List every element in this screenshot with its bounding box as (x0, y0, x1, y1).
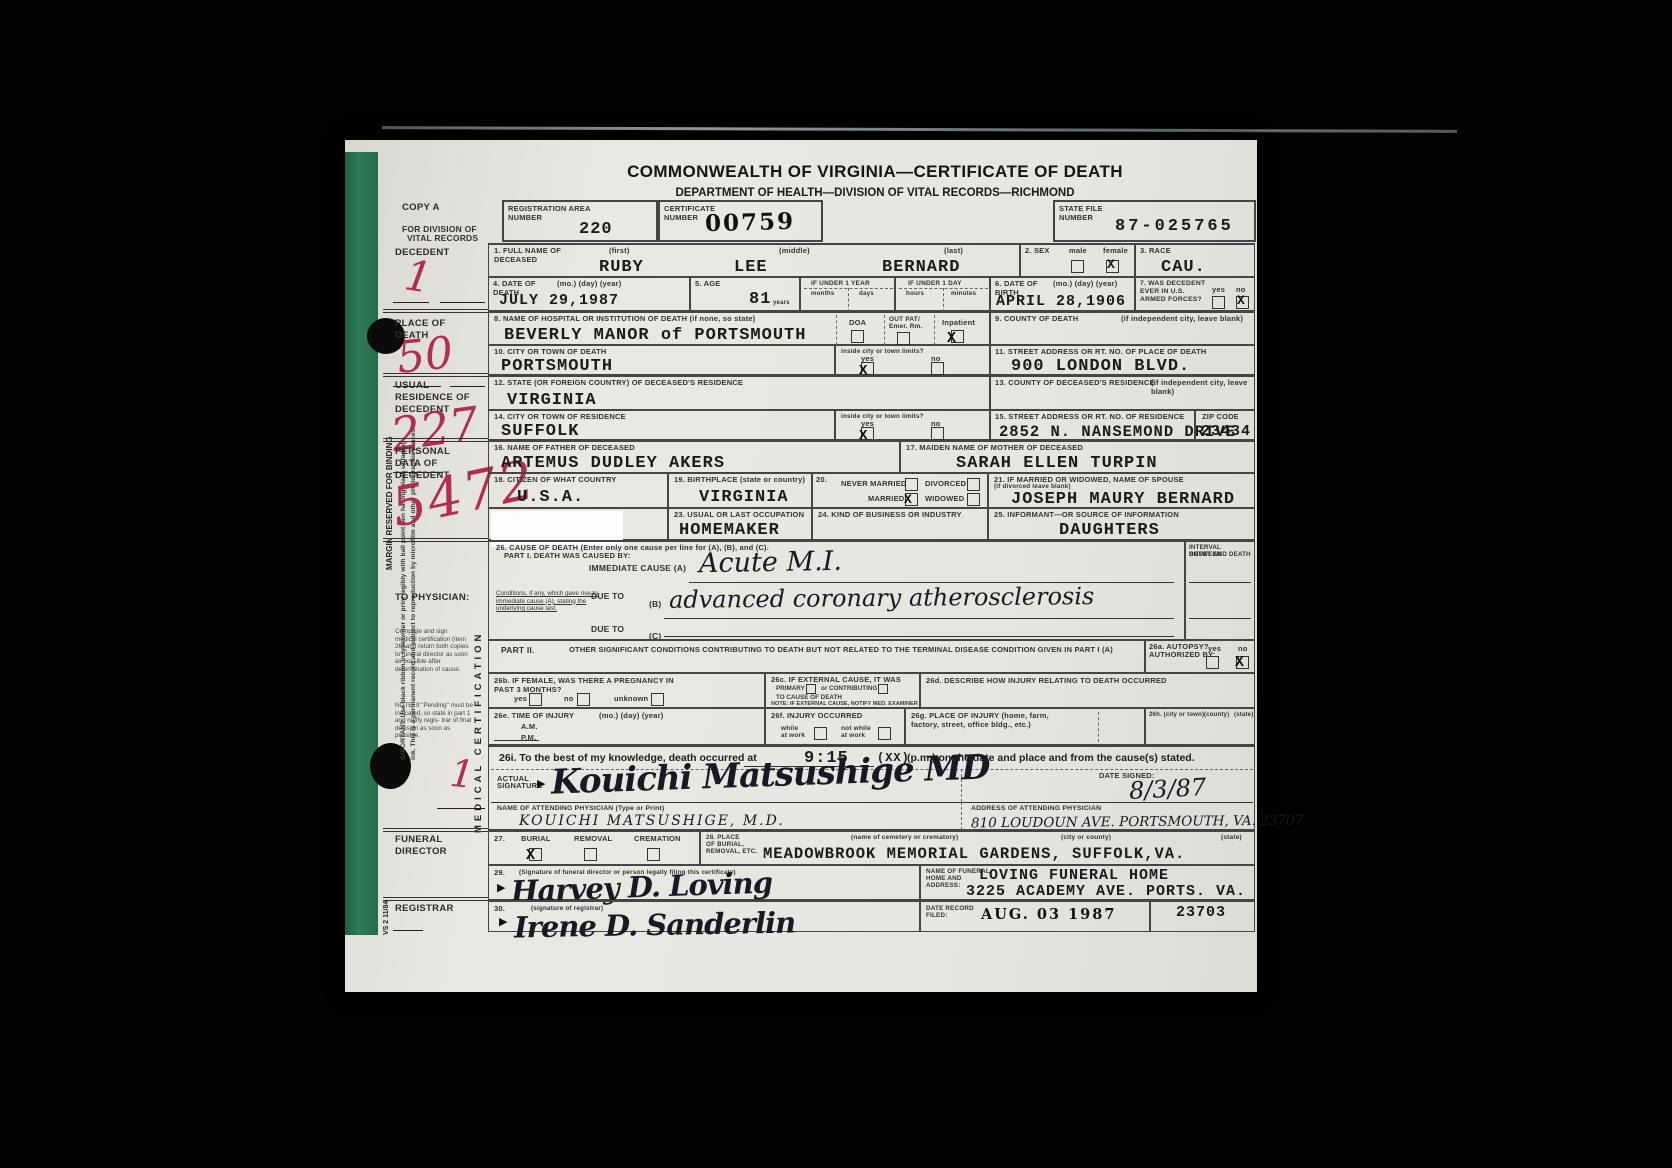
field-state-residence: 12. STATE (OR FOREIGN COUNTRY) OF DECEAS… (488, 375, 990, 410)
label: 26b. IF FEMALE, WAS THERE A PREGNANCY IN… (494, 677, 694, 694)
value: U.S.A. (517, 488, 584, 507)
widowed-checkbox (967, 493, 980, 506)
field-autopsy: 26a. AUTOPSY? AUTHORIZED BY: yes no X (1145, 640, 1255, 673)
cause-a-handwritten: Acute M.I. (699, 546, 842, 579)
certificate-number-stamp: 00759 (705, 208, 796, 237)
checkmark: X (1237, 293, 1245, 308)
male-checkbox (1071, 260, 1084, 273)
married-checkbox: X (905, 493, 918, 506)
checkmark: X (526, 847, 535, 864)
value: JOSEPH MAURY BERNARD (1011, 490, 1235, 509)
hours-label: hours (906, 290, 924, 297)
label: 13. COUNTY OF DECEASED'S RESIDENCE (995, 379, 1155, 388)
sub: (mo.) (day) (year) (1053, 280, 1117, 289)
label: 26d. DESCRIBE HOW INJURY RELATING TO DEA… (926, 677, 1167, 686)
value: CAU. (1161, 258, 1206, 277)
yes-checkbox: X (861, 362, 874, 375)
yes-checkbox (1206, 656, 1219, 669)
female-label: female (1103, 247, 1128, 256)
checkmark: X (1107, 257, 1115, 272)
field-injury-occurred: 26f. INJURY OCCURRED while at work not w… (765, 708, 905, 745)
label: ZIP CODE (1202, 413, 1239, 422)
divorced-checkbox (967, 478, 980, 491)
attending-physician-address-handwritten: 810 LOUDOUN AVE. PORTSMOUTH, VA. 23707 (971, 813, 1303, 832)
signature-pointer-icon: ▶ (497, 881, 505, 894)
field-if-under-1-year: IF UNDER 1 YEAR months days (800, 277, 895, 311)
field-cause-of-death: 26. CAUSE OF DEATH (Enter only one cause… (488, 540, 1185, 640)
widowed-label: WIDOWED (925, 495, 964, 504)
while-label-2: at work (781, 732, 805, 739)
primary-label: PRIMARY (776, 685, 805, 693)
label: 26f. INJURY OCCURRED (771, 712, 863, 721)
days-label: days (859, 290, 874, 297)
label: 10. CITY OR TOWN OF DEATH (494, 348, 607, 357)
field-funeral-director-signature: 29. (Signature of funeral director or pe… (488, 865, 920, 900)
state-file-number-box: STATE FILE NUMBER 87-025765 (1053, 200, 1256, 242)
sub-first: (first) (609, 247, 630, 256)
label: 17. MAIDEN NAME OF MOTHER OF DECEASED (906, 444, 1083, 453)
value: VIRGINIA (507, 391, 597, 410)
value: JULY 29,1987 (499, 292, 619, 309)
checkmark: X (1235, 654, 1244, 671)
burial-checkbox: X (529, 848, 542, 861)
label-3: REMOVAL, ETC. (706, 848, 757, 855)
value: MEADOWBROOK MEMORIAL GARDENS, SUFFOLK,VA… (763, 845, 1185, 863)
checkmark: X (904, 492, 912, 507)
filed-label-2: FILED: (926, 912, 948, 919)
date-signed-handwritten: 8/3/87 (1128, 773, 1207, 805)
registration-value: 220 (579, 220, 613, 239)
field-armed-forces: 7. WAS DECEDENT EVER IN U.S. ARMED FORCE… (1135, 277, 1255, 311)
city-county-sub-label: (city or county) (1061, 834, 1111, 841)
label: 24. KIND OF BUSINESS OR INDUSTRY (818, 511, 962, 520)
pending-note: NOTE: If "Pending" must be indicated, so… (395, 702, 473, 740)
conditions-note: Conditions, if any, which gave rise to i… (496, 590, 611, 613)
field-redacted (488, 508, 668, 540)
field-marital-status: 20. NEVER MARRIED DIVORCED MARRIED X WID… (812, 473, 988, 508)
no-checkbox: X (1236, 296, 1249, 309)
contributing-checkbox (878, 684, 888, 694)
field-interval-onset-death: INTERVAL BETWEEN ONSET AND DEATH (1185, 540, 1255, 640)
value: 23703 (1176, 904, 1226, 921)
hint: (if independent city, leave blank) (1151, 379, 1254, 396)
field-time-of-injury: 26e. TIME OF INJURY (mo.) (day) (year) A… (488, 708, 765, 745)
label: 12. STATE (OR FOREIGN COUNTRY) OF DECEAS… (494, 379, 743, 388)
value: APRIL 28,1906 (996, 293, 1126, 310)
section-label-registrar: REGISTRAR (395, 903, 454, 915)
value: 900 LONDON BLVD. (1011, 357, 1190, 376)
plastic-sleeve-edge (382, 126, 1457, 133)
field-father-name: 16. NAME OF FATHER OF DECEASED ARTEMUS D… (488, 440, 900, 473)
field-filed-number: 23703 (1150, 900, 1255, 932)
label: 8. NAME OF HOSPITAL OR INSTITUTION OF DE… (494, 315, 755, 324)
cemetery-sub-label: (name of cemetery or crematory) (851, 834, 958, 841)
field-birthplace: 19. BIRTHPLACE (state or country) VIRGIN… (668, 473, 812, 508)
no-checkbox: X (1236, 656, 1249, 669)
pm-label: P.M. (521, 734, 536, 743)
contributing-label: or CONTRIBUTING (821, 685, 877, 693)
due-to-c-label: DUE TO (591, 625, 624, 635)
copy-label: COPY A (402, 202, 440, 214)
no-label: no (1238, 645, 1248, 654)
field-citizen: 18. CITIZEN OF WHAT COUNTRY U.S.A. (488, 473, 668, 508)
label: IF UNDER 1 DAY (908, 280, 962, 287)
field-if-under-1-day: IF UNDER 1 DAY hours minutes (895, 277, 990, 311)
burial-label: BURIAL (521, 835, 551, 844)
sub-last: (last) (944, 247, 963, 256)
actual-signature-label-2: SIGNATURE (497, 782, 542, 791)
field-how-injury-occurred: 26d. DESCRIBE HOW INJURY RELATING TO DEA… (920, 673, 1255, 708)
label: 1. FULL NAME OF DECEASED (494, 247, 564, 264)
value-first: RUBY (599, 258, 644, 277)
field-funeral-home: NAME OF FUNERAL HOME AND ADDRESS: LOVING… (920, 865, 1255, 900)
to-physician-note: Complete and sign medical certification … (395, 628, 470, 673)
section-label-to-physician: TO PHYSICIAN: (395, 592, 475, 604)
field-full-name: 1. FULL NAME OF DECEASED (first) (middle… (488, 243, 1020, 277)
field-street-residence: 15. STREET ADDRESS OR RT. NO. OF RESIDEN… (990, 410, 1195, 440)
field-mother-maiden-name: 17. MAIDEN NAME OF MOTHER OF DECEASED SA… (900, 440, 1255, 473)
field-occupation: 23. USUAL OR LAST OCCUPATION HOMEMAKER (668, 508, 812, 540)
home-label-3: ADDRESS: (926, 882, 961, 889)
label: IF UNDER 1 YEAR (811, 280, 870, 287)
medical-certification-vertical-label: MEDICAL CERTIFICATION (473, 548, 484, 833)
removal-label: REMOVAL (574, 835, 612, 844)
section-label-funeral-director: FUNERAL DIRECTOR (395, 834, 465, 858)
no-checkbox (577, 693, 590, 706)
while-at-work-checkbox (814, 727, 827, 740)
label: 14. CITY OR TOWN OF RESIDENCE (494, 413, 626, 422)
field-part2: PART II. OTHER SIGNIFICANT CONDITIONS CO… (488, 640, 1145, 673)
field-spouse-name: 21. IF MARRIED OR WIDOWED, NAME OF SPOUS… (988, 473, 1255, 508)
value: SUFFOLK (501, 422, 579, 441)
signature-pointer-icon: ▶ (499, 915, 507, 928)
label: 9. COUNTY OF DEATH (995, 315, 1078, 324)
removal-checkbox (584, 848, 597, 861)
field-city-residence: 14. CITY OR TOWN OF RESIDENCE SUFFOLK (488, 410, 835, 440)
field-external-cause: 26c. IF EXTERNAL CAUSE, IT WAS PRIMARY o… (765, 673, 920, 708)
value: HOMEMAKER (679, 521, 780, 540)
certificate-subtitle: DEPARTMENT OF HEALTH—DIVISION OF VITAL R… (495, 187, 1255, 199)
interval-label-2: ONSET AND DEATH (1189, 551, 1251, 558)
yes-checkbox: X (861, 427, 874, 440)
yes-label: yes (1212, 286, 1225, 295)
inpatient-checkbox: X (951, 330, 964, 343)
label: 2. SEX (1025, 247, 1050, 256)
state-label: (state) (1234, 712, 1253, 719)
funeral-home-address: 3225 ACADEMY AVE. PORTS. VA. (966, 883, 1246, 900)
field-place-of-burial: 28. PLACE OF BURIAL, REMOVAL, ETC. (name… (700, 830, 1255, 865)
label: 29. (494, 869, 505, 878)
label: 19. BIRTHPLACE (state or country) (674, 476, 805, 485)
label: 3. RACE (1140, 247, 1171, 256)
date-filed-stamp: AUG. 03 1987 (981, 906, 1116, 923)
field-age: 5. AGE 81 years (690, 277, 800, 311)
field-injury-location: 26h. (city or town) (county) (state) (1145, 708, 1255, 745)
cremation-label: CREMATION (634, 835, 681, 844)
funeral-home-name: LOVING FUNERAL HOME (979, 867, 1169, 884)
field-city-of-death: 10. CITY OR TOWN OF DEATH PORTSMOUTH (488, 345, 835, 375)
field-county-residence: 13. COUNTY OF DECEASED'S RESIDENCE (if i… (990, 375, 1255, 410)
field-race: 3. RACE CAU. (1135, 243, 1255, 277)
red-annotation-physician: 1 (448, 751, 477, 797)
am-label: A.M. (521, 723, 538, 732)
b-label: (B) (649, 600, 661, 610)
doa-checkbox (851, 330, 864, 343)
label: 15. STREET ADDRESS OR RT. NO. OF RESIDEN… (995, 413, 1184, 422)
sub: (mo.) (day) (year) (599, 712, 663, 721)
label: 30. (494, 905, 505, 914)
limits-label: inside city or town limits? (841, 348, 924, 355)
unknown-label: unknown (614, 695, 648, 704)
doa-label: DOA (849, 319, 866, 328)
not-while-at-work-checkbox (878, 727, 891, 740)
label: 26g. PLACE OF INJURY (home, farm, factor… (911, 712, 1076, 729)
certificate-number-box: CERTIFICATE NUMBER 00759 (658, 200, 823, 242)
yes-checkbox (1212, 296, 1225, 309)
no-label: no (564, 695, 574, 704)
value: 23434 (1201, 423, 1251, 440)
label: 25. INFORMANT—OR SOURCE OF INFORMATION (994, 511, 1179, 520)
yes-label: yes (514, 695, 527, 704)
never-married-label: NEVER MARRIED (841, 480, 907, 489)
field-business-industry: 24. KIND OF BUSINESS OR INDUSTRY (812, 508, 988, 540)
green-binding-strip (345, 152, 378, 935)
field-hospital: 8. NAME OF HOSPITAL OR INSTITUTION OF DE… (488, 311, 990, 345)
examiner-note: NOTE: IF EXTERNAL CAUSE, NOTIFY MED. EXA… (771, 701, 918, 708)
label: 5. AGE (695, 280, 721, 289)
inpatient-label: Inpatient (942, 319, 975, 328)
county-label: (county) (1204, 712, 1229, 719)
attending-physician-name-label: NAME OF ATTENDING PHYSICIAN (Type or Pri… (497, 805, 664, 813)
field-certification: 26i. To the best of my knowledge, death … (488, 745, 1255, 830)
part2-text: OTHER SIGNIFICANT CONDITIONS CONTRIBUTIN… (569, 646, 1129, 655)
cause-b-handwritten: advanced coronary atherosclerosis (669, 582, 1095, 614)
form-code: VS 2 11/84 (383, 875, 390, 935)
no-checkbox (931, 427, 944, 440)
unknown-checkbox (651, 693, 664, 706)
field-date-of-death: 4. DATE OF DEATH (mo.) (day) (year) JULY… (488, 277, 690, 311)
field-pregnancy: 26b. IF FEMALE, WAS THERE A PREGNANCY IN… (488, 673, 765, 708)
value: SARAH ELLEN TURPIN (956, 454, 1158, 473)
field-date-record-filed: DATE RECORD FILED: AUG. 03 1987 (920, 900, 1150, 932)
yes-label: yes (1208, 645, 1221, 654)
state-sub-label: (state) (1221, 834, 1242, 841)
registrar-signature-handwritten: Irene D. Sanderlin (514, 906, 796, 945)
label: 16. NAME OF FATHER OF DECEASED (494, 444, 635, 453)
months-label: months (811, 290, 835, 297)
field-street-of-death: 11. STREET ADDRESS OR RT. NO. OF PLACE O… (990, 345, 1255, 375)
unit: years (773, 300, 790, 307)
attending-physician-name-handwritten: KOUICHI MATSUSHIGE, M.D. (519, 813, 785, 829)
label: 18. CITIZEN OF WHAT COUNTRY (494, 476, 616, 485)
divorced-label: DIVORCED (925, 480, 966, 489)
yes-checkbox (529, 693, 542, 706)
for-division-line2: VITAL RECORDS (407, 234, 478, 244)
minutes-label: minutes (951, 290, 976, 297)
never-married-checkbox (905, 478, 918, 491)
hint: (if independent city, leave blank) (1121, 315, 1243, 324)
part2-label: PART II. (501, 646, 535, 656)
field-zip-code: ZIP CODE 23434 (1195, 410, 1255, 440)
attending-physician-address-label: ADDRESS OF ATTENDING PHYSICIAN (971, 805, 1101, 813)
outpatient-checkbox (897, 332, 910, 345)
state-file-label: STATE FILE NUMBER (1059, 205, 1119, 222)
immediate-cause-label: IMMEDIATE CAUSE (A) (589, 564, 686, 574)
male-label: male (1069, 247, 1087, 256)
value: 81 (749, 290, 771, 309)
no-checkbox (931, 362, 944, 375)
scanned-death-certificate-photo: MARGIN RESERVED FOR BINDING IMPORTANT: U… (0, 0, 1672, 1168)
value-middle: LEE (734, 258, 768, 277)
married-label: MARRIED (868, 495, 904, 504)
limits-label: inside city or town limits? (841, 413, 924, 420)
field-informant: 25. INFORMANT—OR SOURCE OF INFORMATION D… (988, 508, 1255, 540)
field-date-of-birth: 6. DATE OF BIRTH (mo.) (day) (year) APRI… (990, 277, 1135, 311)
label: 7. WAS DECEDENT EVER IN U.S. ARMED FORCE… (1140, 280, 1208, 303)
female-checkbox: X (1106, 260, 1119, 273)
not-while-label-2: at work (841, 732, 865, 739)
value: VIRGINIA (699, 488, 789, 507)
label: 27. (494, 835, 505, 844)
field-registrar-signature: 30. (signature of registrar) ▶ Irene D. … (488, 900, 920, 932)
label: 11. STREET ADDRESS OR RT. NO. OF PLACE O… (995, 348, 1207, 357)
field-city-limits-residence: inside city or town limits? yes no X (835, 410, 990, 440)
value: ARTEMUS DUDLEY AKERS (501, 454, 725, 473)
signature-pointer-icon: ▶ (537, 777, 545, 790)
field-city-limits-death: inside city or town limits? yes no X (835, 345, 990, 375)
field-place-of-injury: 26g. PLACE OF INJURY (home, farm, factor… (905, 708, 1145, 745)
sub: (mo.) (day) (year) (557, 280, 621, 289)
label: 23. USUAL OR LAST OCCUPATION (674, 511, 804, 520)
outpat-label-2: Emer. Rm. (889, 323, 923, 330)
field-disposition: 27. BURIAL X REMOVAL CREMATION (488, 830, 700, 865)
field-sex: 2. SEX male female X (1020, 243, 1135, 277)
value-last: BERNARD (882, 258, 960, 277)
label: 20. (816, 476, 827, 485)
label: 26e. TIME OF INJURY (494, 712, 574, 721)
cremation-checkbox (647, 848, 660, 861)
sub-middle: (middle) (779, 247, 810, 256)
value: BEVERLY MANOR of PORTSMOUTH (504, 326, 806, 345)
part1-label: PART I. DEATH WAS CAUSED BY: (504, 552, 630, 561)
certificate-title: COMMONWEALTH OF VIRGINIA—CERTIFICATE OF … (495, 162, 1255, 182)
primary-checkbox (806, 684, 816, 694)
value: DAUGHTERS (1059, 521, 1160, 540)
certificate-paper: MARGIN RESERVED FOR BINDING IMPORTANT: U… (345, 140, 1257, 992)
value: PORTSMOUTH (501, 357, 613, 376)
city-town-label: 26h. (city or town) (1149, 712, 1204, 719)
field-county-of-death: 9. COUNTY OF DEATH (if independent city,… (990, 311, 1255, 345)
state-file-value: 87-025765 (1115, 217, 1234, 236)
registration-area-number-box: REGISTRATION AREA NUMBER 220 (502, 200, 658, 242)
